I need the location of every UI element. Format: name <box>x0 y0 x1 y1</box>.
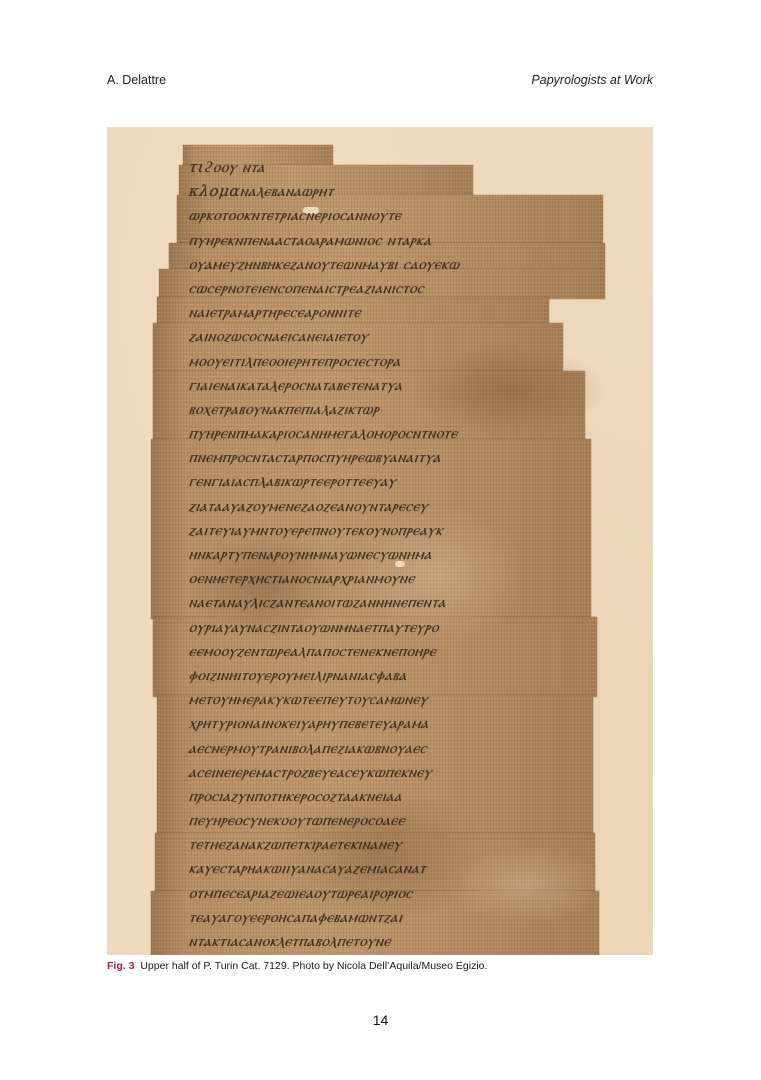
running-head-title: Papyrologists at Work <box>531 73 653 87</box>
papyrus-sheet: τιϩⲟⲟⲩ ⲛⲧⲁ κλομαⲛⲁⲗⲉⲃⲁⲛⲁⲱⲣⲏⲧ ⲱⲣⲕⲟⲧⲟⲟⲕⲛⲧⲉ… <box>147 145 615 955</box>
figure-label: Fig. 3 <box>107 960 134 972</box>
figure-caption-text: Upper half of P. Turin Cat. 7129. Photo … <box>140 960 487 972</box>
figure-caption: Fig. 3 Upper half of P. Turin Cat. 7129.… <box>107 960 653 972</box>
running-head: A. Delattre Papyrologists at Work <box>107 70 653 90</box>
running-head-author: A. Delattre <box>107 73 166 87</box>
page-number: 14 <box>0 1012 761 1028</box>
papyrus-handwritten-text: τιϩⲟⲟⲩ ⲛⲧⲁ κλομαⲛⲁⲗⲉⲃⲁⲛⲁⲱⲣⲏⲧ ⲱⲣⲕⲟⲧⲟⲟⲕⲛⲧⲉ… <box>189 155 619 955</box>
papyrus-photograph: τιϩⲟⲟⲩ ⲛⲧⲁ κλομαⲛⲁⲗⲉⲃⲁⲛⲁⲱⲣⲏⲧ ⲱⲣⲕⲟⲧⲟⲟⲕⲛⲧⲉ… <box>107 127 653 955</box>
